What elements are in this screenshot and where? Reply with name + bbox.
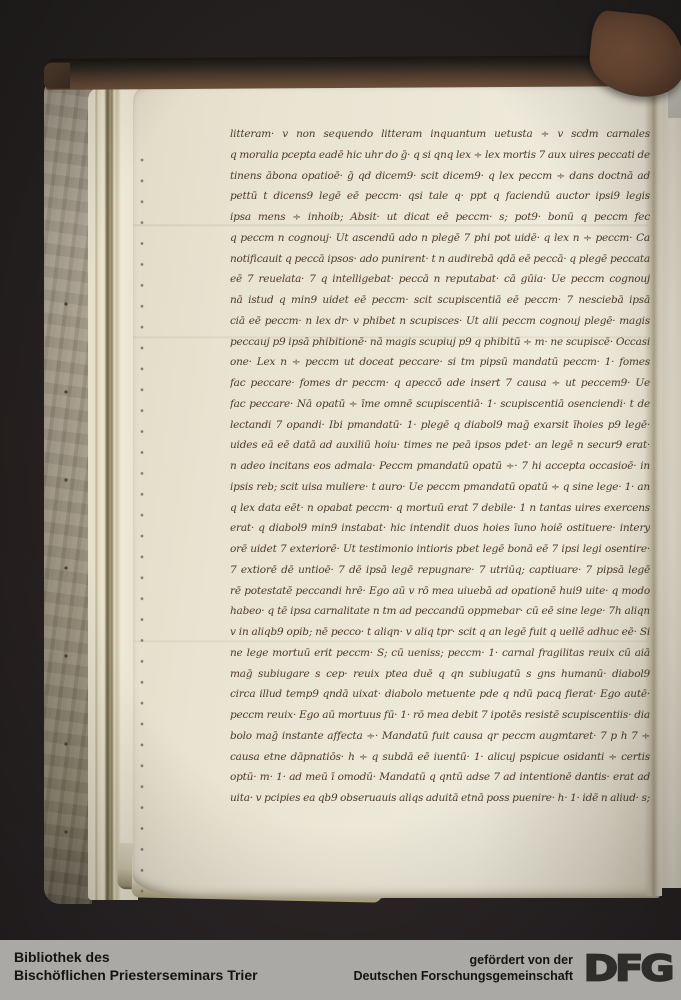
prick-marks-column <box>137 156 148 900</box>
manuscript-line: fac peccare· Nā opatū ÷ īme omnē scupisc… <box>230 394 650 415</box>
funding-credit-line1: gefördert von der <box>354 953 574 969</box>
manuscript-line: uides eā eē datā ad auxiliū hoiu· times … <box>230 435 650 456</box>
digitized-manuscript-view: litteram· v non sequendo litteram inquan… <box>0 0 681 1000</box>
manuscript-line: erat· q diabol9 min9 instabat· hic inten… <box>230 518 650 539</box>
facing-page-sliver <box>660 92 681 888</box>
manuscript-line: nā istud q min9 uidet eē peccm· scit scu… <box>230 290 650 311</box>
manuscript-line: notificauit q peccā ipsos· ado punirent·… <box>230 249 650 270</box>
manuscript-line: circa illud temp9 qndā uixat· diabolo me… <box>230 684 650 705</box>
manuscript-line: ipsa mens ÷ inhoib; Absit· ut dicat eē p… <box>230 207 650 228</box>
funding-credit-line2: Deutschen Forschungsgemeinschaft <box>354 969 574 985</box>
funding-credit: gefördert von der Deutschen Forschungsge… <box>354 953 574 984</box>
manuscript-line: bolo maḡ instante affecta ÷· Mandatū fui… <box>230 726 650 747</box>
manuscript-line: eē 7 reuelata· 7 q intelligebat· peccā n… <box>230 269 650 290</box>
manuscript-line: lectandi 7 opandi· Ibi pmandatū· 1· pleg… <box>230 415 650 436</box>
manuscript-line: ipsis reb; scit uisa muliere· t auro· Ue… <box>230 477 650 498</box>
manuscript-photo: litteram· v non sequendo litteram inquan… <box>0 0 681 940</box>
manuscript-line: peccm reuix· Ego aū mortuus fū· 1· rō me… <box>230 705 650 726</box>
page-stack-edges <box>88 86 138 900</box>
manuscript-line: maḡ subiugare s cep· reuix ptea duē q qn… <box>230 664 650 685</box>
dfg-logo: DFG <box>583 950 671 989</box>
book-cover-top-edge <box>46 55 646 90</box>
manuscript-line: v in aliqb9 opib; nē pecco· t aliqn· v a… <box>230 622 650 643</box>
manuscript-line: pettū t dicens9 legē eē peccm· qsi tale … <box>230 186 650 207</box>
library-name-line2: Bischöflichen Priesterseminars Trier <box>14 966 258 984</box>
manuscript-line: habeo· q tē ipsa carnalitate n tm ad pec… <box>230 601 650 622</box>
manuscript-line: q lex data eēt· n opabat peccm· q mortuū… <box>230 498 650 519</box>
manuscript-line: ciā eē peccm· n lex dr· v phibet n scupi… <box>230 311 650 332</box>
manuscript-line: optū· m· 1· ad meū ī omodū· Mandatū q qn… <box>230 767 650 788</box>
manuscript-line: rē potestatē peccandi hrē· Ego aū v rō m… <box>230 581 650 602</box>
manuscript-line: litteram· v non sequendo litteram inquan… <box>230 124 650 145</box>
manuscript-text-block: litteram· v non sequendo litteram inquan… <box>230 124 650 814</box>
manuscript-line: 7 extiorē dē untioē· 7 dē ipsā legē repu… <box>230 560 650 581</box>
manuscript-line: tinens ābona opatioē· ḡ qd dicem9· scit … <box>230 166 650 187</box>
manuscript-line: q moralia pcepta eadē hic uhr do ḡ· q si… <box>230 145 650 166</box>
manuscript-line: q peccm n cognouj· Ut ascendū ado n pleg… <box>230 228 650 249</box>
library-name-line1: Bibliothek des <box>14 948 258 966</box>
manuscript-line: causa etne dāpnatiōs· h ÷ q subdā eē iue… <box>230 747 650 768</box>
manuscript-line: one· Lex n ÷ peccm ut doceat peccare· si… <box>230 352 650 373</box>
manuscript-line: n adeo incitans eos admala· Peccm pmanda… <box>230 456 650 477</box>
manuscript-line: orē uidet 7 exteriorē· Ut testimonio int… <box>230 539 650 560</box>
footer-bar: Bibliothek des Bischöflichen Priestersem… <box>0 940 681 1000</box>
manuscript-line: uita· v pcipies ea qb9 obseruauis aliqs … <box>230 788 650 809</box>
cover-corner-tip <box>44 63 70 89</box>
manuscript-line: ne lege mortuū erit peccm· S; cū ueniss;… <box>230 643 650 664</box>
manuscript-line: fac peccare· fomes dr peccm· q apeccō ad… <box>230 373 650 394</box>
cover-wormholes <box>60 300 72 880</box>
manuscript-line: peccauj p9 ipsā phibitionē· nā magis scu… <box>230 332 650 353</box>
library-name: Bibliothek des Bischöflichen Priestersem… <box>14 948 258 984</box>
